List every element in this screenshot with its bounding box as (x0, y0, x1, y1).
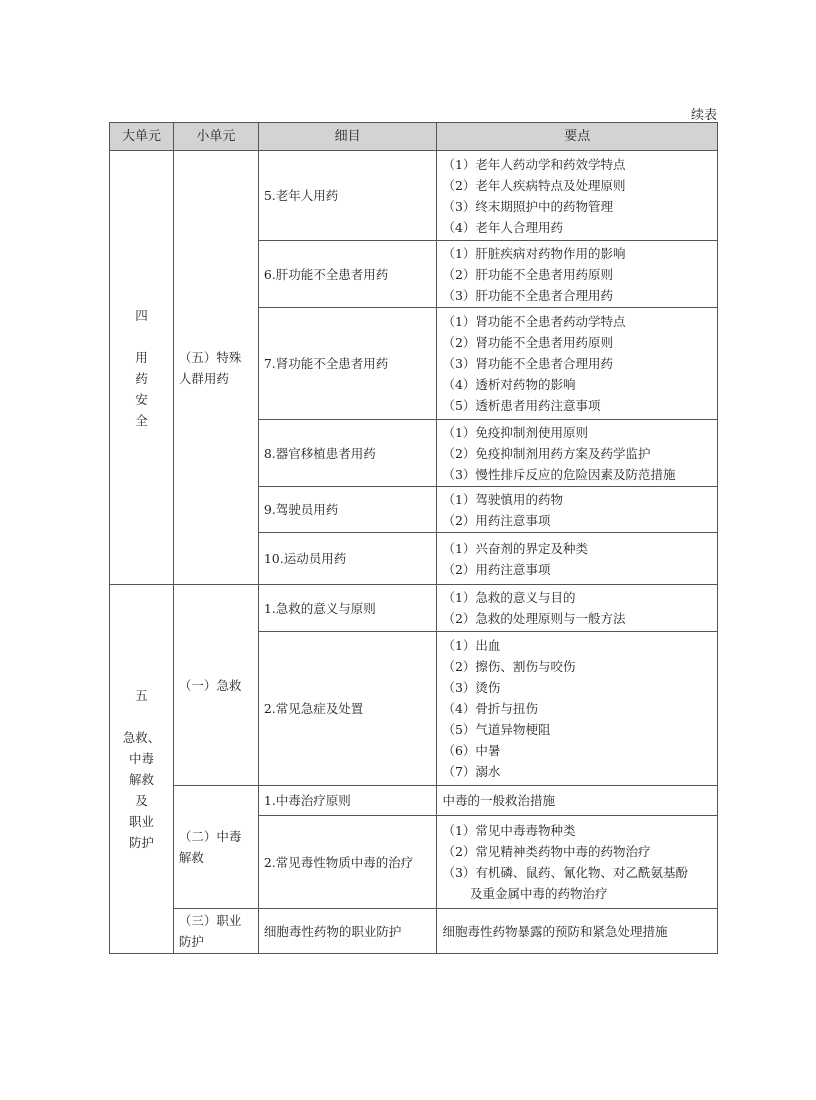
table-row: 五 急救、 中毒 解救 及 职业 防护 （一）急救 1.急救的意义与原则 （1）… (110, 585, 718, 632)
detail-cell: 2.常见毒性物质中毒的治疗 (258, 816, 437, 909)
point: （2）擦伤、割伤与咬伤 (442, 656, 712, 677)
header-points: 要点 (437, 123, 718, 151)
points-cell: （1）肝脏疾病对药物作用的影响 （2）肝功能不全患者用药原则 （3）肝功能不全患… (437, 241, 718, 308)
point: 中毒的一般救治措施 (442, 790, 712, 811)
point: （3）肾功能不全患者合理用药 (442, 353, 712, 374)
point: （1）兴奋剂的界定及种类 (442, 538, 712, 559)
point: （2）常见精神类药物中毒的药物治疗 (442, 841, 712, 862)
table-row: （三）职业 防护 细胞毒性药物的职业防护 细胞毒性药物暴露的预防和紧急处理措施 (110, 909, 718, 954)
big-unit-cell: 五 急救、 中毒 解救 及 职业 防护 (110, 585, 174, 954)
point: （1）急救的意义与目的 (442, 587, 712, 608)
big-unit-line: 解救 (115, 769, 168, 790)
table-header-row: 大单元 小单元 细目 要点 (110, 123, 718, 151)
points-cell: （1）急救的意义与目的 （2）急救的处理原则与一般方法 (437, 585, 718, 632)
detail-cell: 8.器官移植患者用药 (258, 420, 437, 487)
small-unit-line: （一）急救 (179, 675, 253, 696)
point: （1）常见中毒毒物种类 (442, 820, 712, 841)
big-unit-line: 中毒 (115, 748, 168, 769)
big-unit-line: 防护 (115, 832, 168, 853)
point: （3）肝功能不全患者合理用药 (442, 285, 712, 306)
big-unit-line: 全 (115, 410, 168, 431)
detail-cell: 1.急救的意义与原则 (258, 585, 437, 632)
points-cell: （1）常见中毒毒物种类 （2）常见精神类药物中毒的药物治疗 （3）有机磷、鼠药、… (437, 816, 718, 909)
detail-cell: 2.常见急症及处置 (258, 632, 437, 786)
points-cell: 细胞毒性药物暴露的预防和紧急处理措施 (437, 909, 718, 954)
small-unit-line: （三）职业 (179, 910, 253, 931)
header-big-unit: 大单元 (110, 123, 174, 151)
point: （4）老年人合理用药 (442, 217, 712, 238)
point: （5）透析患者用药注意事项 (442, 395, 712, 416)
point: （3）烫伤 (442, 677, 712, 698)
big-unit-line: 职业 (115, 811, 168, 832)
points-cell: （1）驾驶慎用的药物 （2）用药注意事项 (437, 487, 718, 533)
points-cell: （1）免疫抑制剂使用原则 （2）免疫抑制剂用药方案及药学监护 （3）慢性排斥反应… (437, 420, 718, 487)
point: （2）免疫抑制剂用药方案及药学监护 (442, 443, 712, 464)
header-detail: 细目 (258, 123, 437, 151)
point: （1）出血 (442, 635, 712, 656)
point: （6）中暑 (442, 740, 712, 761)
big-unit-number: 四 (115, 305, 168, 326)
point: （5）气道异物梗阻 (442, 719, 712, 740)
header-small-unit: 小单元 (173, 123, 258, 151)
points-cell: 中毒的一般救治措施 (437, 786, 718, 816)
detail-cell: 1.中毒治疗原则 (258, 786, 437, 816)
big-unit-cell: 四 用 药 安 全 (110, 151, 174, 585)
point: （1）老年人药动学和药效学特点 (442, 154, 712, 175)
point: （2）老年人疾病特点及处理原则 (442, 175, 712, 196)
big-unit-number: 五 (115, 685, 168, 706)
big-unit-line: 用 (115, 347, 168, 368)
table-row: （二）中毒 解救 1.中毒治疗原则 中毒的一般救治措施 (110, 786, 718, 816)
small-unit-cell: （三）职业 防护 (173, 909, 258, 954)
detail-cell: 7.肾功能不全患者用药 (258, 308, 437, 420)
point: （2）用药注意事项 (442, 510, 712, 531)
point: （3）慢性排斥反应的危险因素及防范措施 (442, 464, 712, 485)
small-unit-cell: （五）特殊 人群用药 (173, 151, 258, 585)
points-cell: （1）肾功能不全患者药动学特点 （2）肾功能不全患者用药原则 （3）肾功能不全患… (437, 308, 718, 420)
small-unit-line: （二）中毒 (179, 826, 253, 847)
point: （1）肾功能不全患者药动学特点 (442, 311, 712, 332)
points-cell: （1）兴奋剂的界定及种类 （2）用药注意事项 (437, 533, 718, 585)
small-unit-cell: （一）急救 (173, 585, 258, 786)
point: （2）用药注意事项 (442, 559, 712, 580)
small-unit-line: 人群用药 (179, 368, 253, 389)
point: （3）终末期照护中的药物管理 (442, 196, 712, 217)
detail-cell: 5.老年人用药 (258, 151, 437, 241)
point: （1）肝脏疾病对药物作用的影响 (442, 243, 712, 264)
point: （3）有机磷、鼠药、氰化物、对乙酰氨基酚 (442, 862, 712, 883)
point: （1）驾驶慎用的药物 (442, 489, 712, 510)
detail-cell: 细胞毒性药物的职业防护 (258, 909, 437, 954)
point-continuation: 及重金属中毒的药物治疗 (442, 883, 712, 904)
point: （2）肝功能不全患者用药原则 (442, 264, 712, 285)
point: （2）急救的处理原则与一般方法 (442, 608, 712, 629)
big-unit-line: 急救、 (115, 727, 168, 748)
point: （4）透析对药物的影响 (442, 374, 712, 395)
big-unit-line: 及 (115, 790, 168, 811)
big-unit-line: 安 (115, 389, 168, 410)
point: 细胞毒性药物暴露的预防和紧急处理措施 (442, 921, 712, 942)
small-unit-line: （五）特殊 (179, 347, 253, 368)
syllabus-table: 大单元 小单元 细目 要点 四 用 药 安 全 （五）特殊 人群用药 5.老年人… (109, 122, 718, 954)
detail-cell: 10.运动员用药 (258, 533, 437, 585)
point: （1）免疫抑制剂使用原则 (442, 422, 712, 443)
table-caption: 续表 (640, 104, 717, 123)
detail-cell: 6.肝功能不全患者用药 (258, 241, 437, 308)
point: （2）肾功能不全患者用药原则 (442, 332, 712, 353)
big-unit-line: 药 (115, 368, 168, 389)
point: （7）溺水 (442, 761, 712, 782)
small-unit-line: 防护 (179, 931, 253, 952)
table-row: 四 用 药 安 全 （五）特殊 人群用药 5.老年人用药 （1）老年人药动学和药… (110, 151, 718, 241)
small-unit-cell: （二）中毒 解救 (173, 786, 258, 909)
point: （4）骨折与扭伤 (442, 698, 712, 719)
points-cell: （1）老年人药动学和药效学特点 （2）老年人疾病特点及处理原则 （3）终末期照护… (437, 151, 718, 241)
small-unit-line: 解救 (179, 847, 253, 868)
points-cell: （1）出血 （2）擦伤、割伤与咬伤 （3）烫伤 （4）骨折与扭伤 （5）气道异物… (437, 632, 718, 786)
detail-cell: 9.驾驶员用药 (258, 487, 437, 533)
